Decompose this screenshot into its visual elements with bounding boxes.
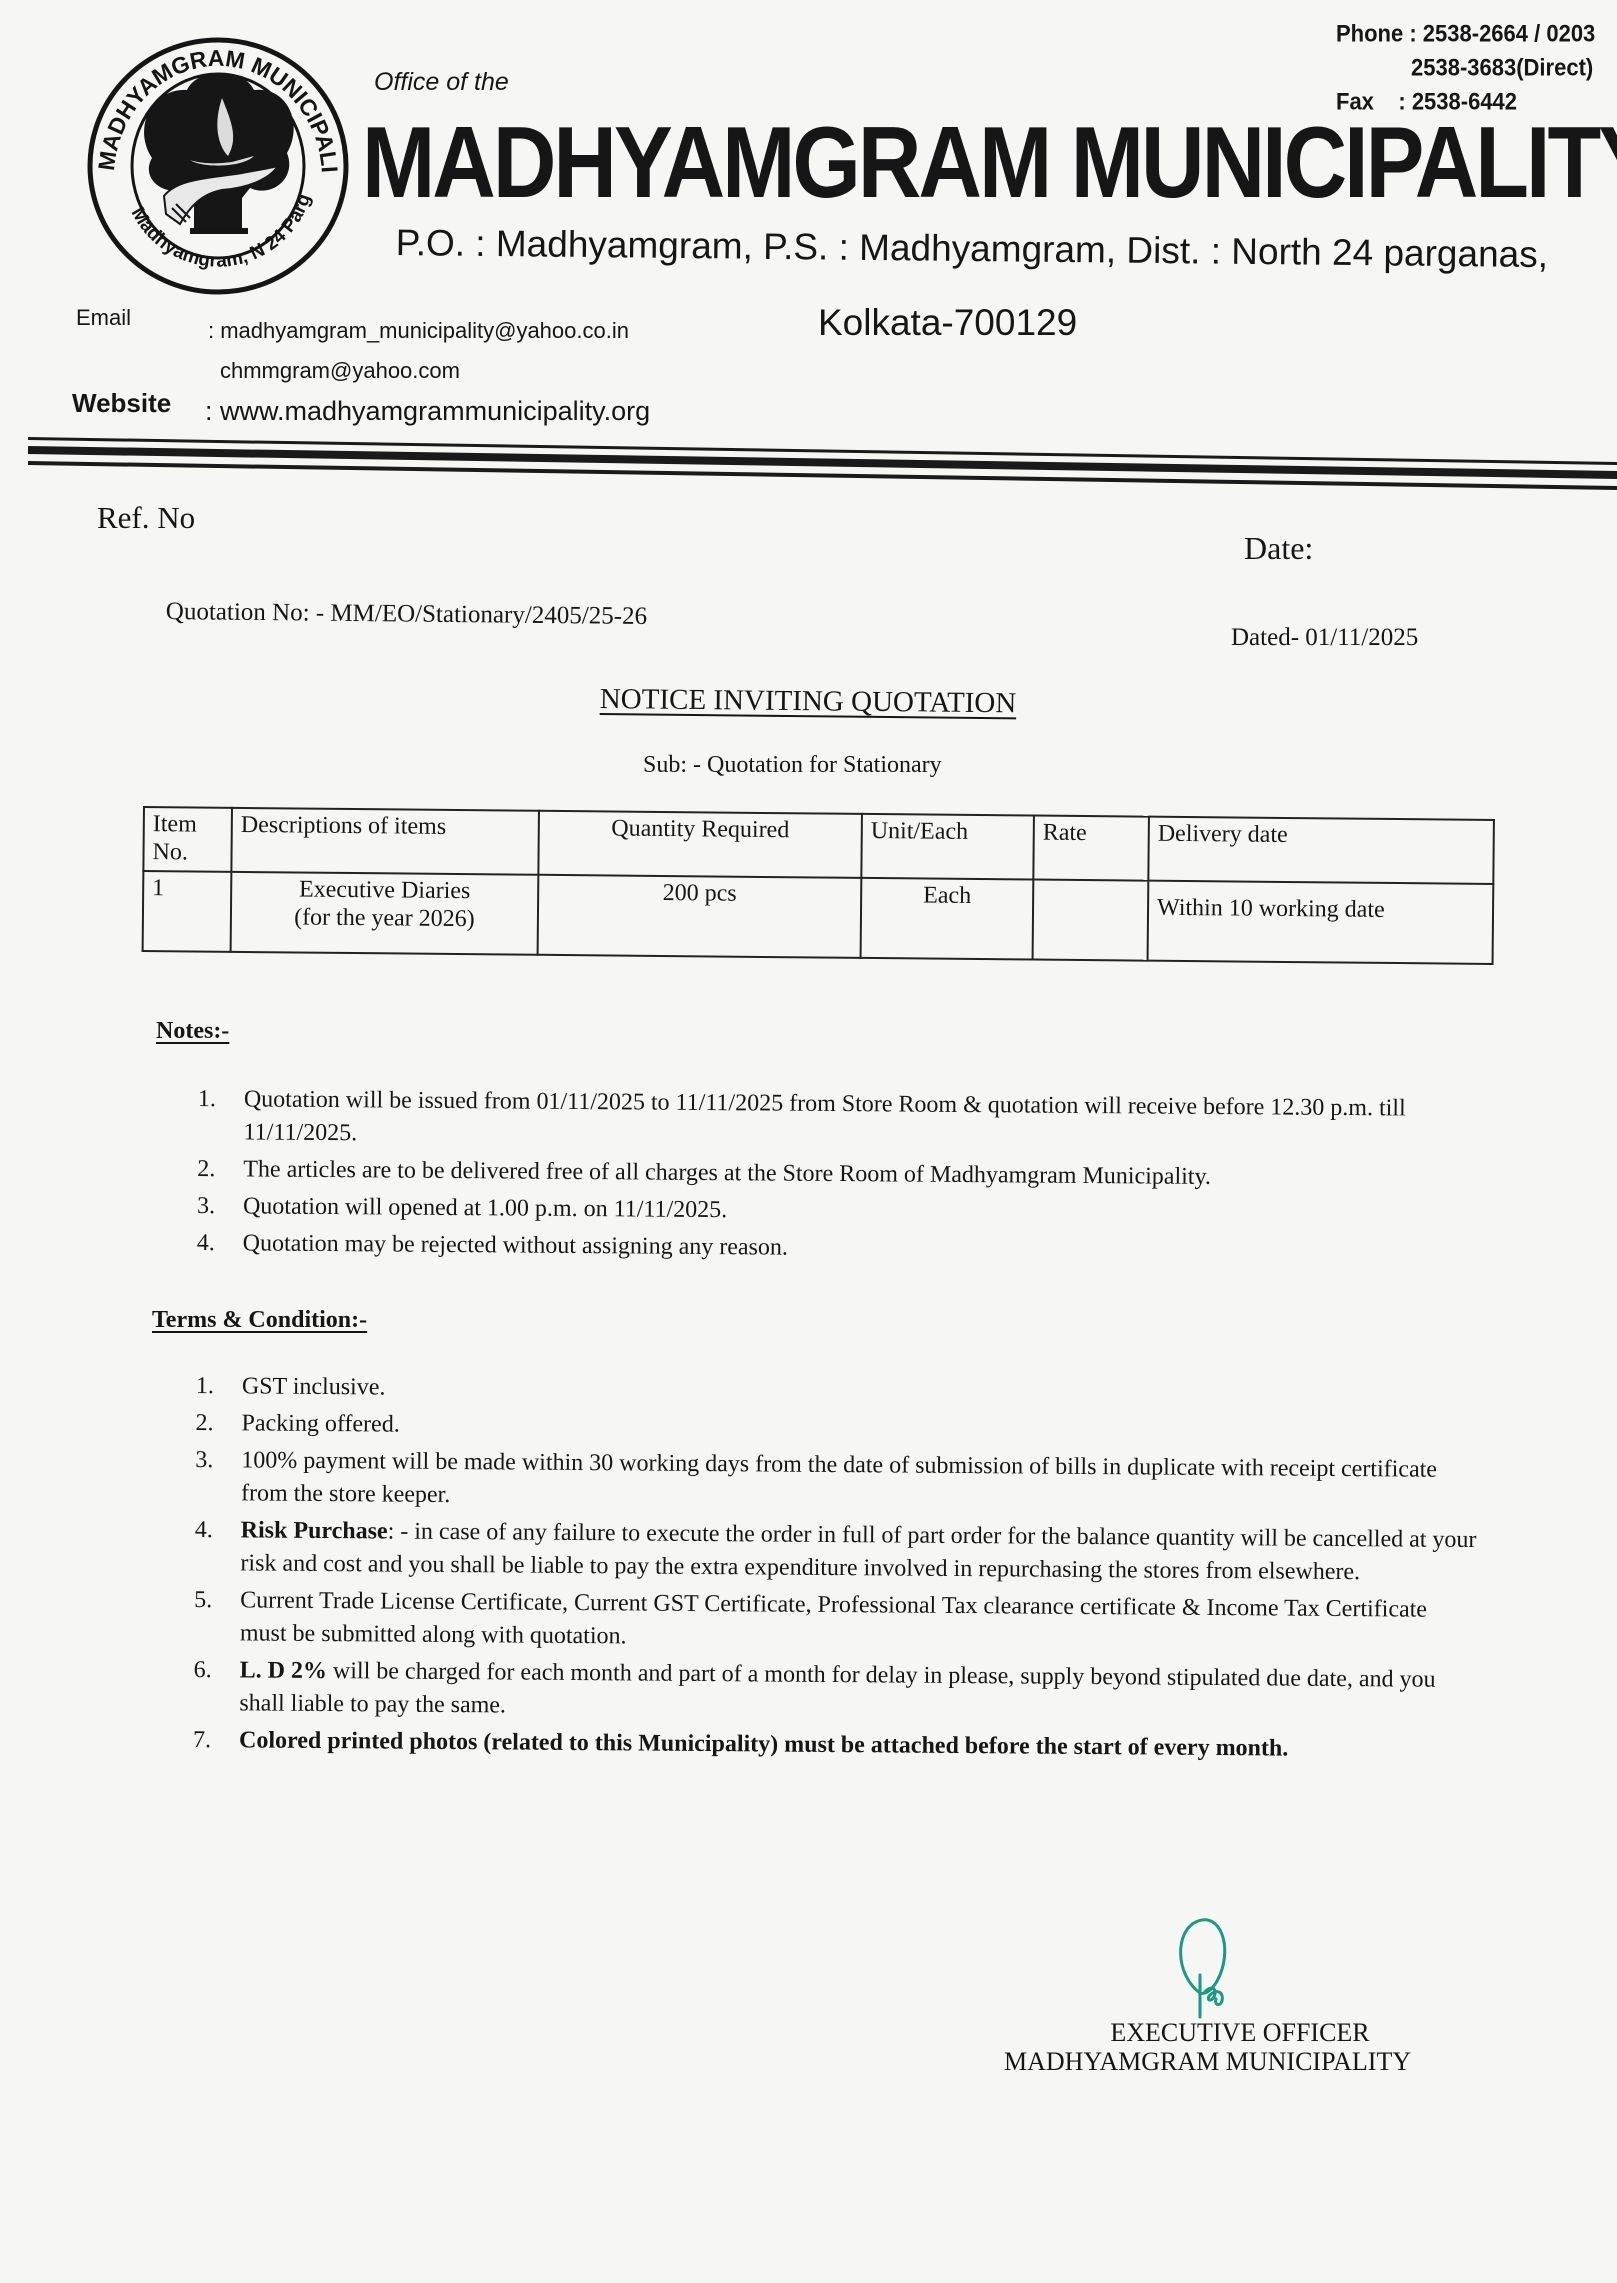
- phone-label: Phone: [1336, 19, 1403, 47]
- term-item: 6.L. D 2% will be charged for each month…: [193, 1654, 1478, 1730]
- col-header-unit: Unit/Each: [861, 814, 1034, 880]
- term-text: will be charged for each month and part …: [239, 1658, 1435, 1718]
- term-text: Current Trade License Certificate, Curre…: [240, 1587, 1427, 1649]
- note-text: Quotation will be issued from 01/11/2025…: [244, 1086, 1406, 1146]
- note-text: The articles are to be delivered free of…: [243, 1156, 1211, 1190]
- term-item: 1.GST inclusive.: [196, 1370, 1481, 1413]
- dated: Dated- 01/11/2025: [1231, 624, 1418, 652]
- signatory-title: EXECUTIVE OFFICER: [1100, 2018, 1380, 2048]
- email-secondary[interactable]: chmmgram@yahoo.com: [220, 358, 460, 384]
- terms-list: 1.GST inclusive.2.Packing offered.3.100%…: [193, 1370, 1481, 1771]
- phone-direct: 2538-3683(Direct): [1336, 50, 1595, 84]
- phone-number: 2538-2664 / 0203: [1423, 19, 1596, 47]
- address-line-1: P.O. : Madhyamgram, P.S. : Madhyamgram, …: [396, 222, 1549, 276]
- term-number: 7.: [193, 1724, 211, 1757]
- phone-fax-block: Phone : 2538-2664 / 0203 2538-3683(Direc…: [1336, 16, 1595, 118]
- table-row: 1 Executive Diaries (for the year 2026) …: [143, 871, 1494, 964]
- term-bold-text: L. D 2%: [240, 1657, 328, 1684]
- terms-heading: Terms & Condition:-: [152, 1307, 367, 1334]
- term-bold-text: Risk Purchase: [241, 1517, 388, 1544]
- email-label: Email: [76, 305, 131, 331]
- term-item: 7.Colored printed photos (related to thi…: [193, 1724, 1478, 1767]
- description-line-2: (for the year 2026): [240, 903, 529, 934]
- subject-line: Sub: - Quotation for Stationary: [643, 752, 942, 779]
- col-header-description: Descriptions of items: [231, 808, 539, 875]
- note-text: Quotation will opened at 1.00 p.m. on 11…: [243, 1193, 727, 1223]
- term-number: 5.: [194, 1584, 212, 1617]
- term-number: 3.: [195, 1444, 213, 1477]
- email-primary[interactable]: : madhyamgram_municipality@yahoo.co.in: [208, 318, 629, 344]
- note-text: Quotation may be rejected without assign…: [243, 1230, 788, 1260]
- items-table: Item No. Descriptions of items Quantity …: [142, 806, 1495, 965]
- quotation-number: Quotation No: - MM/EO/Stationary/2405/25…: [166, 598, 647, 631]
- term-text: 100% payment will be made within 30 work…: [241, 1447, 1437, 1508]
- notes-list: 1.Quotation will be issued from 01/11/20…: [197, 1083, 1468, 1274]
- cell-item-no: 1: [143, 871, 232, 952]
- ref-no-label: Ref. No: [97, 500, 195, 536]
- municipality-seal-icon: MADHYAMGRAM MUNICIPALITY Madhyamgram, N …: [82, 28, 350, 296]
- organization-title: MADHYAMGRAM MUNICIPALITY: [362, 112, 1617, 213]
- note-item: 1.Quotation will be issued from 01/11/20…: [197, 1083, 1467, 1159]
- col-header-delivery: Delivery date: [1148, 817, 1494, 884]
- signature-icon: [1170, 1915, 1250, 2020]
- term-number: 2.: [195, 1407, 213, 1440]
- term-item: 3.100% payment will be made within 30 wo…: [195, 1444, 1480, 1520]
- term-text: Packing offered.: [241, 1410, 399, 1437]
- note-number: 3.: [197, 1190, 215, 1223]
- term-number: 1.: [196, 1370, 214, 1403]
- col-header-item-no: Item No.: [143, 807, 232, 872]
- term-number: 6.: [194, 1654, 212, 1687]
- col-header-rate: Rate: [1033, 816, 1149, 881]
- fax-number: 2538-6442: [1412, 88, 1517, 116]
- cell-description: Executive Diaries (for the year 2026): [231, 872, 539, 955]
- cell-unit: Each: [861, 878, 1034, 960]
- fax-row: Fax : 2538-6442: [1336, 84, 1595, 118]
- phone-row: Phone : 2538-2664 / 0203: [1336, 16, 1595, 50]
- col-header-quantity: Quantity Required: [538, 811, 862, 878]
- date-label: Date:: [1244, 530, 1313, 567]
- term-number: 4.: [195, 1514, 213, 1547]
- website-link[interactable]: : www.madhyamgrammunicipality.org: [205, 396, 650, 427]
- notice-title: NOTICE INVITING QUOTATION: [600, 683, 1017, 720]
- term-item: 2.Packing offered.: [195, 1407, 1480, 1450]
- term-text: GST inclusive.: [242, 1373, 386, 1400]
- note-item: 3.Quotation will opened at 1.00 p.m. on …: [197, 1190, 1467, 1233]
- cell-rate[interactable]: [1033, 880, 1149, 961]
- fax-label: Fax: [1336, 88, 1374, 116]
- note-number: 2.: [197, 1153, 215, 1186]
- signatory-organization: MADHYAMGRAM MUNICIPALITY: [1004, 2047, 1411, 2077]
- term-text: : - in case of any failure to execute th…: [240, 1519, 1476, 1586]
- term-item: 4.Risk Purchase: - in case of any failur…: [194, 1514, 1479, 1590]
- address-line-2: Kolkata-700129: [818, 302, 1077, 344]
- note-item: 4.Quotation may be rejected without assi…: [197, 1227, 1467, 1270]
- note-item: 2.The articles are to be delivered free …: [197, 1153, 1467, 1196]
- note-number: 1.: [198, 1083, 216, 1116]
- note-number: 4.: [197, 1227, 215, 1260]
- cell-delivery: Within 10 working date: [1148, 881, 1494, 964]
- term-item: 5.Current Trade License Certificate, Cur…: [194, 1584, 1479, 1660]
- website-label: Website: [72, 388, 171, 419]
- office-of-label: Office of the: [374, 68, 509, 97]
- term-bold-text: Colored printed photos (related to this …: [239, 1727, 1288, 1761]
- cell-quantity: 200 pcs: [538, 875, 862, 958]
- notes-heading: Notes:-: [156, 1018, 229, 1045]
- description-line-1: Executive Diaries: [240, 875, 529, 906]
